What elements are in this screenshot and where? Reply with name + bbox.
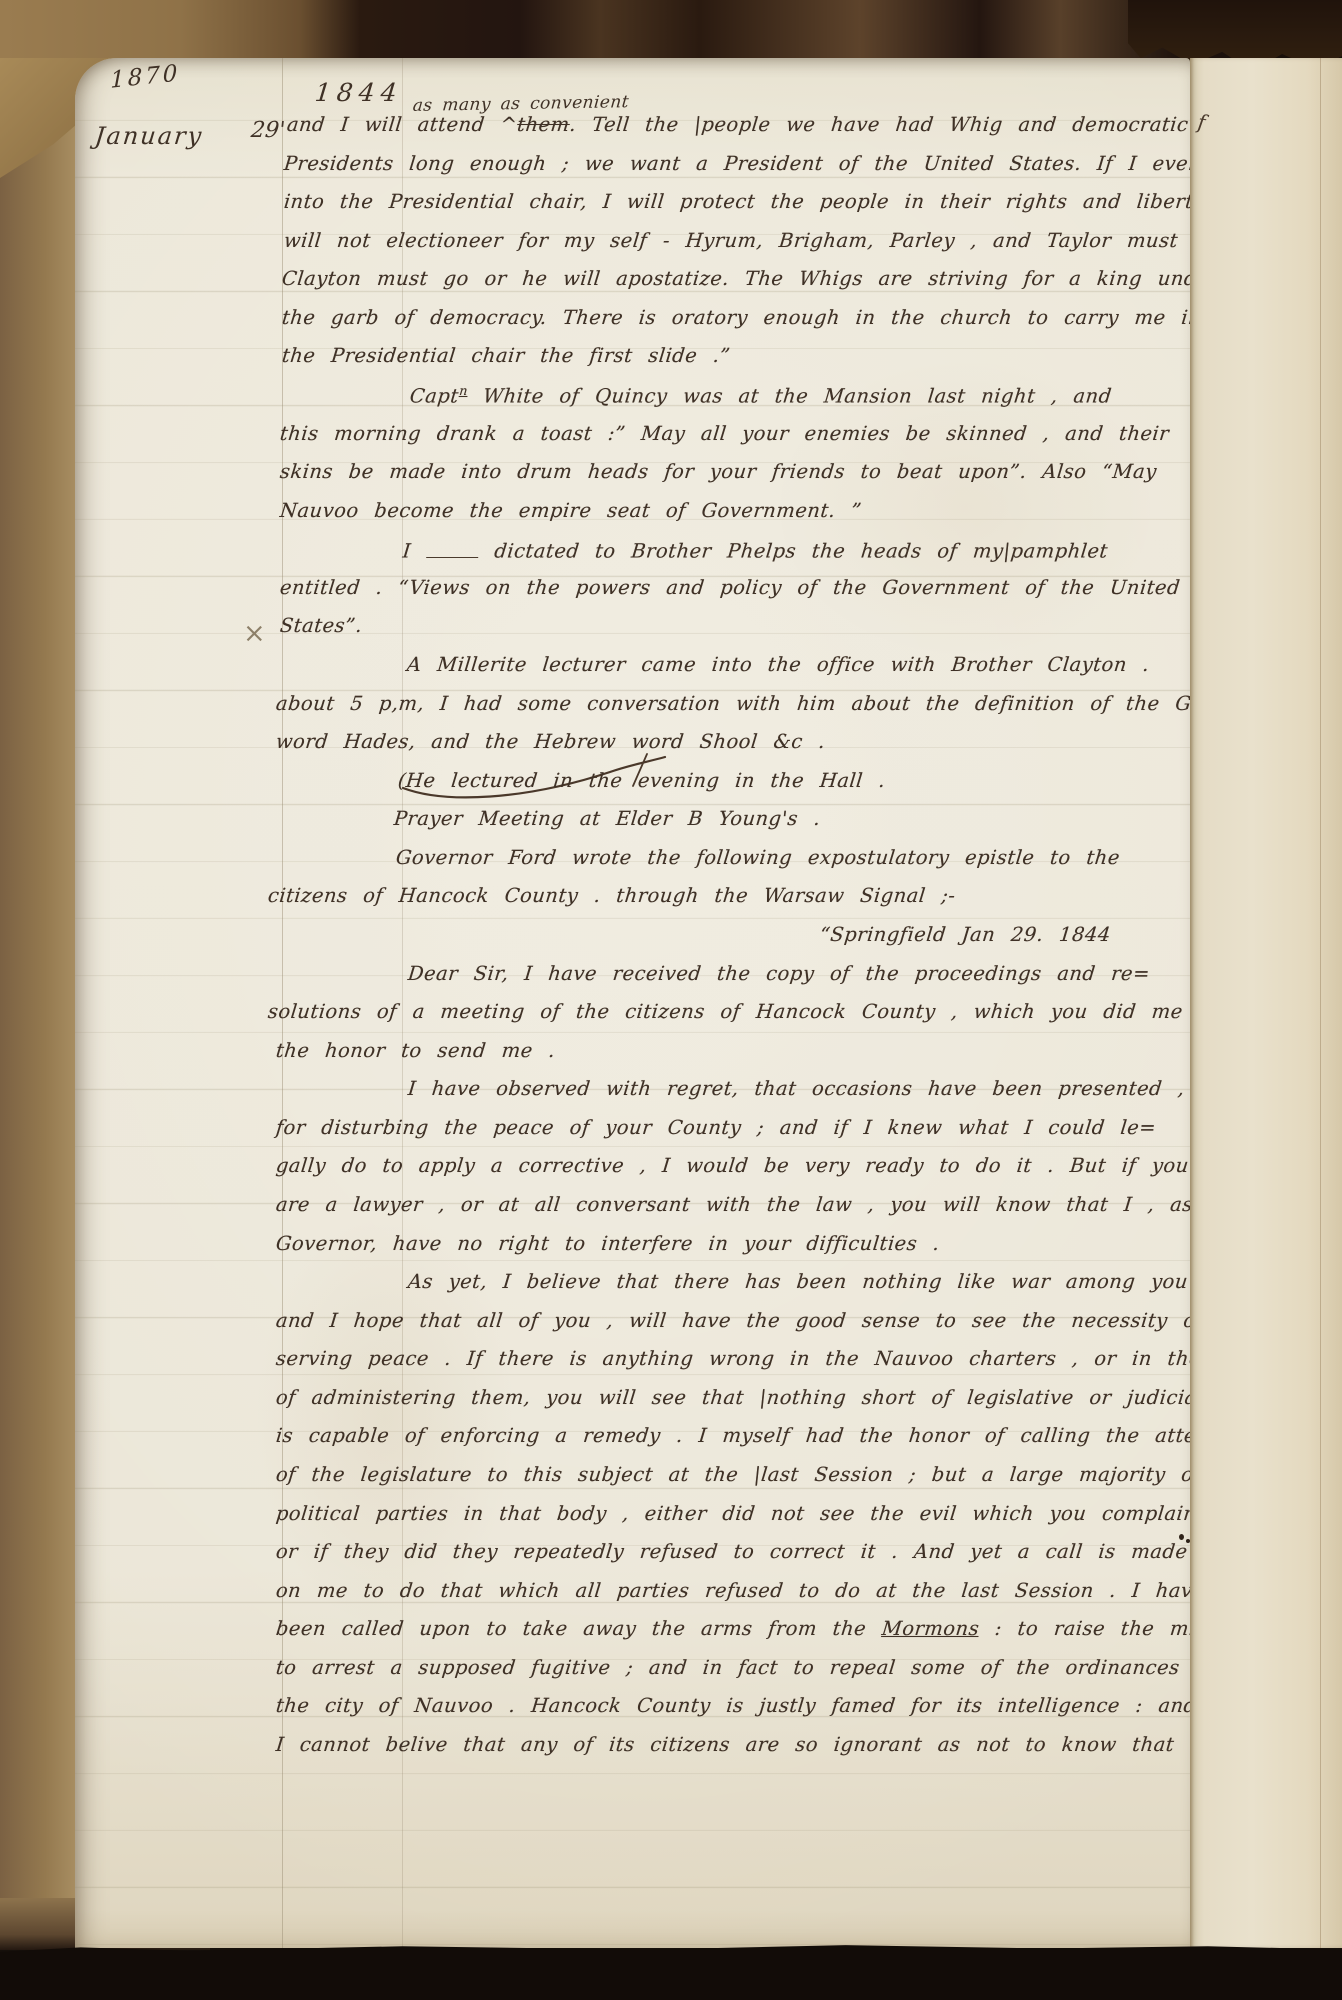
page-heading-year: 1844 xyxy=(313,78,404,107)
manuscript-line: Captn White of Quincy was at the Mansion… xyxy=(409,383,1113,408)
manuscript-line: and I hope that all of you , will have t… xyxy=(275,1309,1272,1332)
manuscript-line: skins be made into drum heads for your f… xyxy=(279,460,1158,483)
manuscript-line: Governor, have no right to interfere in … xyxy=(275,1232,941,1255)
manuscript-line: political parties in that body , either … xyxy=(275,1502,1256,1525)
manuscript-line: “Springfield Jan 29. 1844 xyxy=(819,923,1112,946)
manuscript-line: entitled . “Views on the powers and poli… xyxy=(279,576,1182,599)
manuscript-line: will not electioneer for my self - Hyrum… xyxy=(283,229,1243,252)
manuscript-line: I cannot belive that any of its citizens… xyxy=(275,1733,1176,1756)
manuscript-line: I have observed with regret, that occasi… xyxy=(407,1077,1186,1100)
margin-date-month: January xyxy=(94,122,205,150)
manuscript-line: serving peace . If there is anything wro… xyxy=(275,1347,1275,1370)
manuscript-line: States”. xyxy=(279,614,364,637)
manuscript-line: Governor Ford wrote the following expost… xyxy=(395,846,1121,869)
manuscript-line: As yet, I believe that there has been no… xyxy=(407,1270,1212,1293)
manuscript-line: Clayton must go or he will apostatize. T… xyxy=(281,267,1220,290)
manuscript-line: is capable of enforcing a remedy . I mys… xyxy=(275,1424,1251,1447)
manuscript-line: been called upon to take away the arms f… xyxy=(275,1617,1238,1640)
manuscript-line: the honor to send me . xyxy=(275,1039,557,1062)
manuscript-line: to arrest a supposed fugitive ; and in f… xyxy=(275,1656,1217,1679)
manuscript-line: Presidents long enough ; we want a Presi… xyxy=(283,152,1249,175)
manuscript-line: on me to do that which all parties refus… xyxy=(275,1579,1263,1602)
margin-date-day: 29' xyxy=(250,118,287,143)
manuscript-line: into the Presidential chair, I will prot… xyxy=(283,190,1255,213)
manuscript-line: of administering them, you will see that… xyxy=(275,1386,1285,1409)
manuscript-line: I dictated to Brother Phelps the heads o… xyxy=(402,537,1110,563)
manuscript-word: n xyxy=(459,383,469,398)
manuscript-line: or if they did they repeatedly refused t… xyxy=(275,1540,1231,1563)
page-stack-right-edge: f xyxy=(1190,58,1342,1948)
manuscript-line: (He lectured in the evening in the Hall … xyxy=(397,769,887,792)
manuscript-line: A Millerite lecturer came into the offic… xyxy=(406,653,1151,676)
manuscript-line: solutions of a meeting of the citizens o… xyxy=(267,1000,1184,1023)
journal-page: 1870 1844 January 29' as many as conveni… xyxy=(75,58,1190,1948)
manuscript-line: the Presidential chair the first slide .… xyxy=(281,344,732,367)
manuscript-line: for disturbing the peace of your County … xyxy=(275,1116,1158,1139)
manuscript-line: the city of Nauvoo . Hancock County is j… xyxy=(275,1694,1198,1717)
ink-speck xyxy=(1179,1534,1184,1540)
book-photo: 1870 1844 January 29' as many as conveni… xyxy=(0,0,1342,2000)
stray-ink-mark: f xyxy=(1196,110,1207,135)
manuscript-line: of the legislature to this subject at th… xyxy=(275,1463,1265,1486)
manuscript-line: this morning drank a toast :” May all yo… xyxy=(279,422,1171,445)
manuscript-line: word Hades, and the Hebrew word Shool &c… xyxy=(275,730,827,753)
book-cover-bottom-edge xyxy=(0,1944,1342,2000)
manuscript-word xyxy=(426,537,480,558)
page-edge-line xyxy=(1320,58,1321,1948)
manuscript-line: gally do to apply a corrective , I would… xyxy=(275,1154,1190,1177)
manuscript-word: them xyxy=(516,113,571,136)
year-annotation: 1870 xyxy=(110,60,180,94)
manuscript-line: Dear Sir, I have received the copy of th… xyxy=(407,962,1151,985)
manuscript-line: about 5 p,m, I had some conversation wit… xyxy=(275,692,1239,715)
margin-x-mark: × xyxy=(243,618,266,649)
manuscript-word: Mormons xyxy=(881,1617,981,1640)
manuscript-line: the garb of democracy. There is oratory … xyxy=(281,306,1223,329)
manuscript-line: Prayer Meeting at Elder B Young's . xyxy=(393,807,822,830)
manuscript-line: are a lawyer , or at all conversant with… xyxy=(275,1193,1222,1216)
manuscript-line: Nauvoo become the empire seat of Governm… xyxy=(279,499,863,522)
manuscript-line: and I will attend ^them. Tell the |peopl… xyxy=(286,113,1190,136)
manuscript-line: citizens of Hancock County . through the… xyxy=(267,884,957,907)
